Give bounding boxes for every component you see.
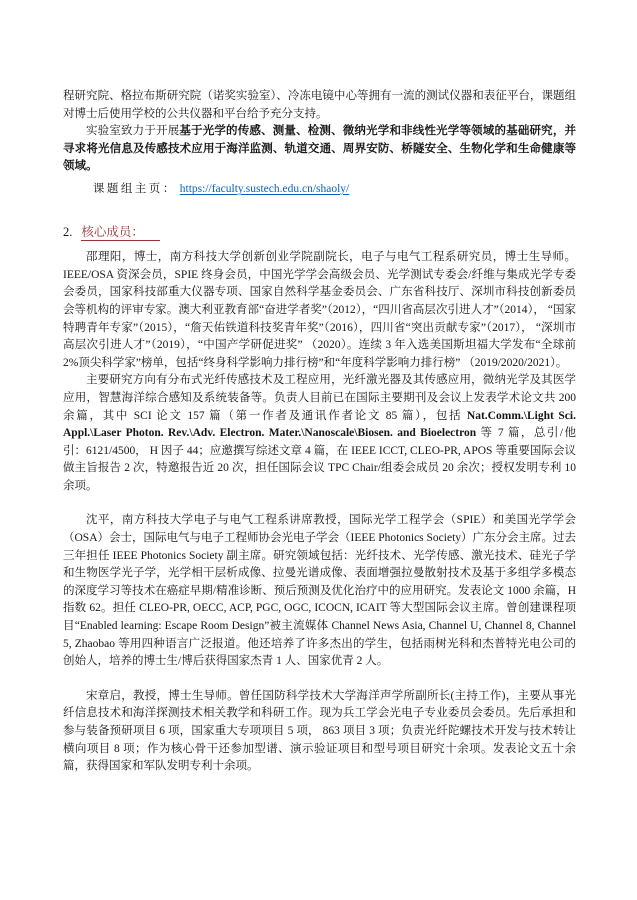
homepage-label: 课题组主页： — [93, 183, 177, 195]
member-song-paragraph: 宋章启，教授，博士生导师。曾任国防科学技术大学海洋声学所副所长(主持工作)，主要… — [63, 688, 576, 776]
section-number: 2. — [63, 225, 72, 239]
member-shao-research-paragraph: 主要研究方向有分布式光纤传感技术及工程应用，光纤激光器及其传感应用，微纳光学及其… — [63, 372, 576, 495]
document-page: 程研究院、格拉布斯研究院（诺奖实验室）、冷冻电镜中心等拥有一流的测试仪器和表征平… — [0, 0, 637, 900]
member-shao-bio-paragraph: 邵理阳，博士，南方科技大学创新创业学院副院长，电子与电气工程系研究员，博士生导师… — [63, 249, 576, 372]
mission-lead-text: 实验室致力于开展 — [86, 125, 179, 137]
homepage-link[interactable]: https://faculty.sustech.edu.cn/shaoly/ — [180, 183, 350, 195]
section-title: 核心成员： — [81, 225, 160, 241]
section-heading: 2.核心成员： — [63, 224, 576, 242]
member-shen-paragraph: 沈平，南方科技大学电子与电气工程系讲席教授，国际光学工程学会（SPIE）和美国光… — [63, 512, 576, 670]
homepage-line: 课题组主页： https://faculty.sustech.edu.cn/sh… — [63, 181, 576, 199]
intro-continuation-paragraph: 程研究院、格拉布斯研究院（诺奖实验室）、冷冻电镜中心等拥有一流的测试仪器和表征平… — [63, 88, 576, 123]
mission-paragraph: 实验室致力于开展基于光学的传感、测量、检测、微纳光学和非线性光学等领域的基础研究… — [63, 123, 576, 176]
